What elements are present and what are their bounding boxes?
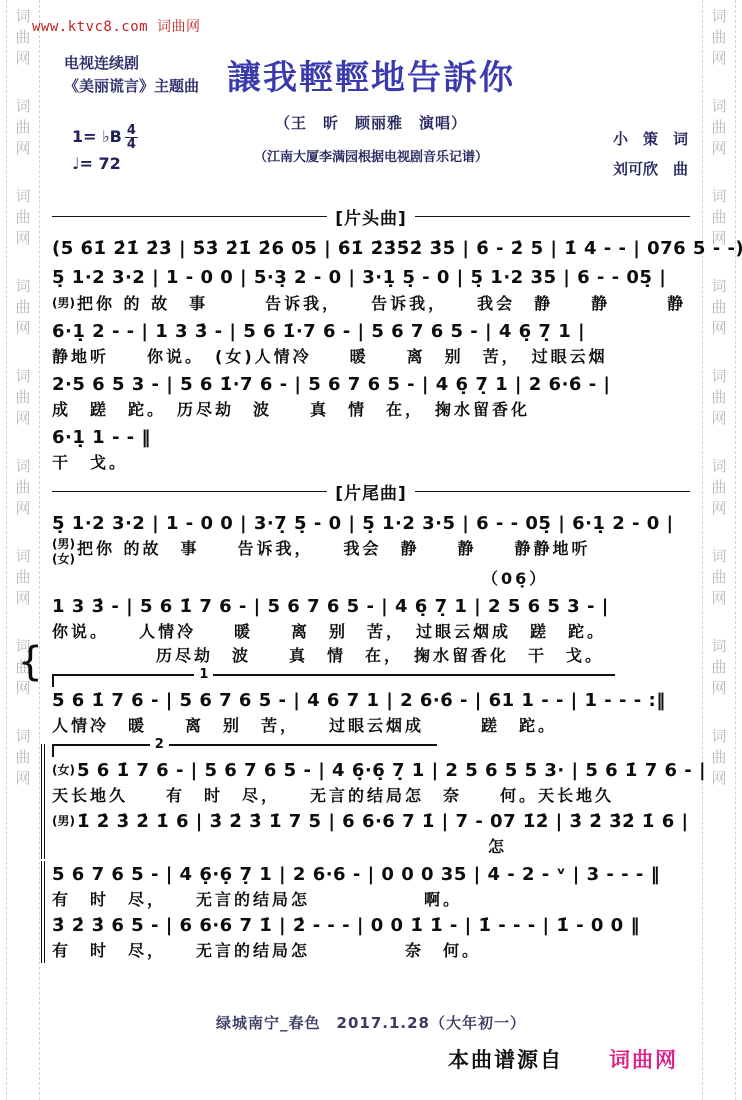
notation-text: 1 3 3̇ - | 5 6 1̇ 7 6 - | 5 6 7 6 5 - | … [52, 596, 609, 617]
side-watermark-char: 词 [711, 6, 726, 27]
system: (5 6̇1̇ 2̇1̇ 2̇3̇ | 5̇3̇ 2̇1̇ 2̇6 05 | 6… [52, 235, 690, 262]
side-watermark-char: 词 [711, 726, 726, 747]
side-watermark-char: 词 [711, 456, 726, 477]
notation-text: 2·5 6 5 3 - | 5 6 1̇·7 6 - | 5 6 7 6 5 -… [52, 374, 611, 395]
side-watermark-char: 曲 [15, 297, 30, 318]
side-watermark-char: 词 [15, 96, 30, 117]
notation-line: 1 3 3̇ - | 5 6 1̇ 7 6 - | 5 6 7 6 5 - | … [52, 593, 690, 620]
side-watermark-char: 曲 [15, 117, 30, 138]
side-watermark-char: 曲 [711, 657, 726, 678]
lyric-line: 有 时 尽， 无言的结局怎 奈 何。 [52, 939, 690, 963]
system: 6·1̣ 2 - - | 1 3 3̇ - | 5 6 1̇·7 6 - | 5… [52, 318, 690, 369]
side-watermark-char: 网 [15, 408, 30, 429]
side-watermark-char: 曲 [15, 387, 30, 408]
section-header: [片尾曲] [52, 479, 690, 504]
side-watermark-char: 网 [711, 498, 726, 519]
lyric-text: 把你 的故 事 告诉我， 我会 静 静 静静地听 [77, 539, 591, 558]
side-watermark-char: 曲 [711, 297, 726, 318]
side-watermark-char: 曲 [15, 477, 30, 498]
footer-site-name: 词曲网 [609, 1044, 678, 1074]
section-label: [片尾曲] [327, 479, 415, 504]
duet-system: 5 6 7 6 5 - | 4 6̣·6̣ 7̣ 1 | 2 6·6 - | 0… [41, 861, 690, 963]
source-note: （江南大厦李满园根据电视剧音乐记谱） [48, 146, 694, 165]
lyric-line: 人情冷 暖 离 别 苦， 过眼云烟成 蹉 跎。 [52, 714, 690, 738]
side-watermark-char: 网 [15, 768, 30, 789]
side-watermark-char: 词 [711, 636, 726, 657]
notation-text: 3̇ 2̇ 3̇ 6 5 - | 6 6·6 7 1̇ | 2̇ - - - |… [52, 915, 640, 936]
score-header: www.ktvc8.com 词曲网 电视连续剧 《美丽谎言》主题曲 讓我輕輕地告… [48, 0, 694, 200]
voice-label: (女) [52, 763, 75, 777]
side-watermark-char: 网 [711, 768, 726, 789]
side-watermark-char: 网 [15, 48, 30, 69]
lyric-text: 天长地久 有 时 尽， 无言的结局怎 奈 何。天长地久 [52, 786, 614, 805]
lyric-text: 有 时 尽， 无言的结局怎 奈 何。 [52, 941, 481, 960]
side-watermark-char: 词 [711, 186, 726, 207]
side-watermark-char: 网 [15, 138, 30, 159]
side-watermark-char: 曲 [15, 747, 30, 768]
notation-text: 5 6 1̇ 7 6 - | 5 6 7 6 5 - | 4 6̣·6̣ 7̣ … [77, 760, 706, 781]
side-watermark-char: 词 [15, 456, 30, 477]
lyric-line: 成 蹉 跎。 历尽劫 波 真 情 在， 掬水留香化 [52, 398, 690, 422]
lyric-text: 静地听 你说。 (女)人情冷 暖 离 别 苦， 过眼云烟 [52, 347, 608, 366]
side-watermark-char: 曲 [711, 387, 726, 408]
volta-bracket: 2 [52, 744, 437, 757]
side-watermark-right: 词曲网词曲网词曲网词曲网词曲网词曲网词曲网词曲网词曲网 [702, 0, 736, 1100]
duet-system: 2(女)5 6 1̇ 7 6 - | 5 6 7 6 5 - | 4 6̣·6̣… [41, 744, 690, 859]
side-watermark-char: 词 [711, 96, 726, 117]
key-tempo-block: 1= ♭B44 ♩= 72 [72, 124, 138, 177]
side-watermark-char: 网 [15, 588, 30, 609]
notation-text: 6·1̣ 2 - - | 1 3 3̇ - | 5 6 1̇·7 6 - | 5… [52, 321, 585, 342]
side-watermark-char: 曲 [711, 747, 726, 768]
side-watermark-char: 曲 [15, 567, 30, 588]
notation-line: (女)5 6 1̇ 7 6 - | 5 6 7 6 5 - | 4 6̣·6̣ … [52, 757, 690, 784]
site-watermark: www.ktvc8.com 词曲网 [32, 16, 201, 36]
notation-text: 5 6 1̇ 7 6 - | 5 6 7 6 5 - | 4 6 7 1 | 2… [52, 690, 666, 711]
lyric-line: 干 戈。 [52, 451, 690, 475]
notation-text: 6·1̣ 1 - - ‖ [52, 427, 151, 448]
notation-text: 5̣ 1·2 3·2 | 1 - 0 0 | 5·3̣ 2 - 0 | 3·1̣… [52, 267, 666, 288]
lyric-line: 怎 [52, 835, 690, 859]
notation-line: 5 6 7 6 5 - | 4 6̣·6̣ 7̣ 1 | 2 6·6 - | 0… [52, 861, 690, 888]
lyric-text: 历尽劫 波 真 情 在， 掬水留香化 干 戈。 [156, 646, 604, 665]
system: 5̣ 1·2 3·2 | 1 - 0 0 | 5·3̣ 2 - 0 | 3·1̣… [52, 264, 690, 316]
side-watermark-char: 网 [711, 318, 726, 339]
footer-date: 绿城南宁_春色 2017.1.28（大年初一） [0, 1012, 742, 1033]
side-watermark-char: 网 [711, 48, 726, 69]
lyric-text: 怎 [488, 837, 507, 856]
side-watermark-left: 词曲网词曲网词曲网词曲网词曲网词曲网词曲网词曲网词曲网 [6, 0, 40, 1100]
lyric-text: 把你 的 故 事 告诉我， 告诉我， 我会 静 静 静 [77, 294, 686, 313]
system: 5̣ 1·2 3·2 | 1 - 0 0 | 3·7̣ 5̣ - 0 | 5̣ … [52, 510, 690, 591]
side-watermark-char: 曲 [711, 567, 726, 588]
lyric-text: 人情冷 暖 离 别 苦， 过眼云烟成 蹉 跎。 [52, 716, 557, 735]
side-watermark-char: 网 [711, 408, 726, 429]
side-watermark-char: 词 [15, 6, 30, 27]
lyric-line: (男)(女)把你 的故 事 告诉我， 我会 静 静 静静地听 [52, 537, 690, 567]
section-label: [片头曲] [327, 204, 415, 229]
volta-number: 2 [150, 737, 169, 752]
side-watermark-char: 词 [15, 276, 30, 297]
side-watermark-char: 曲 [711, 27, 726, 48]
score-body: [片头曲](5 6̇1̇ 2̇1̇ 2̇3̇ | 5̇3̇ 2̇1̇ 2̇6 0… [52, 204, 690, 963]
notation-text: 1̇ 2̇ 3̇ 2̇ 1̇ 6 | 3̇ 2̇ 3̇ 1̇ 7 5 | 6 6… [77, 811, 689, 832]
notation-line: 3̇ 2̇ 3̇ 6 5 - | 6 6·6 7 1̇ | 2̇ - - - |… [52, 912, 690, 939]
voice-label: (男) [52, 814, 75, 828]
side-watermark-char: 曲 [15, 27, 30, 48]
notation-text: 5 6 7 6 5 - | 4 6̣·6̣ 7̣ 1 | 2 6·6 - | 0… [52, 864, 660, 885]
tempo-marking: ♩= 72 [72, 151, 138, 177]
side-watermark-char: 网 [711, 678, 726, 699]
footer-source-label: 本曲谱源自 [448, 1044, 563, 1074]
lyric-text: （06̣） [482, 569, 548, 588]
lyric-line: （06̣） [52, 567, 690, 591]
performers-line: （王 昕 顾丽雅 演唱） [48, 112, 694, 133]
voice-label: (男) [52, 296, 75, 310]
lyric-text: 你说。 人情冷 暖 离 别 苦， 过眼云烟成 蹉 跎。 [52, 622, 606, 641]
side-watermark-char: 网 [15, 228, 30, 249]
notation-line: 6·1̣ 1 - - ‖ [52, 424, 690, 451]
notation-line: 5̣ 1·2 3·2 | 1 - 0 0 | 5·3̣ 2 - 0 | 3·1̣… [52, 264, 690, 291]
side-watermark-char: 曲 [711, 477, 726, 498]
side-watermark-char: 词 [15, 726, 30, 747]
footer-source: 本曲谱源自 词曲网 [448, 1044, 678, 1074]
system: 15 6 1̇ 7 6 - | 5 6 7 6 5 - | 4 6 7 1 | … [52, 674, 690, 738]
side-watermark-char: 词 [711, 366, 726, 387]
notation-line: (男)1̇ 2̇ 3̇ 2̇ 1̇ 6 | 3̇ 2̇ 3̇ 1̇ 7 5 | … [52, 808, 690, 835]
notation-line: 5 6 1̇ 7 6 - | 5 6 7 6 5 - | 4 6 7 1 | 2… [52, 687, 690, 714]
notation-line: 5̣ 1·2 3·2 | 1 - 0 0 | 3·7̣ 5̣ - 0 | 5̣ … [52, 510, 690, 537]
side-watermark-char: 网 [15, 318, 30, 339]
side-watermark-char: 曲 [711, 207, 726, 228]
side-watermark-char: 词 [711, 546, 726, 567]
lyric-line: 你说。 人情冷 暖 离 别 苦， 过眼云烟成 蹉 跎。 [52, 620, 690, 644]
section-header: [片头曲] [52, 204, 690, 229]
notation-text: (5 6̇1̇ 2̇1̇ 2̇3̇ | 5̇3̇ 2̇1̇ 2̇6 05 | 6… [52, 238, 742, 259]
side-watermark-char: 网 [711, 138, 726, 159]
lyric-text: 成 蹉 跎。 历尽劫 波 真 情 在， 掬水留香化 [52, 400, 530, 419]
volta-bracket: 1 [52, 674, 615, 687]
side-watermark-char: 网 [711, 588, 726, 609]
side-watermark-char: 曲 [711, 117, 726, 138]
lyric-brace: { [18, 642, 46, 682]
notation-line: 6·1̣ 2 - - | 1 3 3̇ - | 5 6 1̇·7 6 - | 5… [52, 318, 690, 345]
volta-number: 1 [194, 667, 213, 682]
key-signature: 1= ♭B44 [72, 124, 138, 151]
lyric-line: {历尽劫 波 真 情 在， 掬水留香化 干 戈。 [52, 644, 690, 668]
side-watermark-char: 词 [15, 546, 30, 567]
system: 6·1̣ 1 - - ‖干 戈。 [52, 424, 690, 475]
lyric-line: (男)把你 的 故 事 告诉我， 告诉我， 我会 静 静 静 [52, 291, 690, 316]
credits: 小 策 词 刘可欣 曲 [613, 124, 688, 184]
sheet-music-page: { "watermark": { "site_header": "www.ktv… [0, 0, 742, 1100]
lyric-line: 有 时 尽， 无言的结局怎 啊。 [52, 888, 690, 912]
composer-credit: 刘可欣 曲 [613, 154, 688, 184]
side-watermark-char: 词 [711, 276, 726, 297]
side-watermark-char: 词 [15, 186, 30, 207]
lyric-line: 天长地久 有 时 尽， 无言的结局怎 奈 何。天长地久 [52, 784, 690, 808]
side-watermark-char: 词 [15, 366, 30, 387]
lyric-text: 干 戈。 [52, 453, 128, 472]
lyricist-credit: 小 策 词 [613, 124, 688, 154]
system: 1 3 3̇ - | 5 6 1̇ 7 6 - | 5 6 7 6 5 - | … [52, 593, 690, 668]
lyric-line: 静地听 你说。 (女)人情冷 暖 离 别 苦， 过眼云烟 [52, 345, 690, 369]
song-title: 讓我輕輕地告訴你 [48, 50, 694, 99]
lyric-text: 有 时 尽， 无言的结局怎 啊。 [52, 890, 462, 909]
side-watermark-char: 曲 [15, 207, 30, 228]
system: 2·5 6 5 3 - | 5 6 1̇·7 6 - | 5 6 7 6 5 -… [52, 371, 690, 422]
notation-line: 2·5 6 5 3 - | 5 6 1̇·7 6 - | 5 6 7 6 5 -… [52, 371, 690, 398]
time-signature: 44 [125, 124, 138, 151]
notation-text: 5̣ 1·2 3·2 | 1 - 0 0 | 3·7̣ 5̣ - 0 | 5̣ … [52, 513, 674, 534]
voice-label: (男)(女) [52, 537, 75, 567]
side-watermark-char: 网 [15, 498, 30, 519]
notation-line: (5 6̇1̇ 2̇1̇ 2̇3̇ | 5̇3̇ 2̇1̇ 2̇6 05 | 6… [52, 235, 690, 262]
